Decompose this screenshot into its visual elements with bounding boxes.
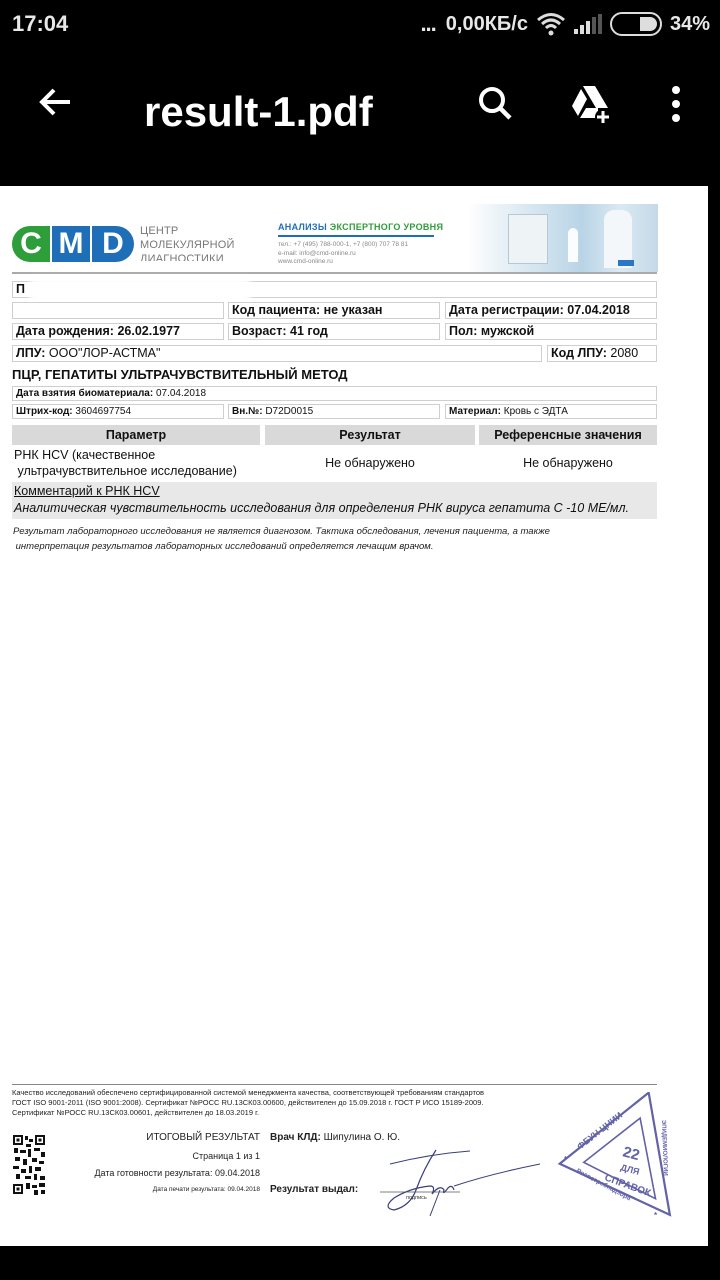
- status-icons: ... 0,00КБ/с 34%: [420, 11, 710, 37]
- cell-signal-icon: [574, 14, 602, 34]
- barcode-field: Штрих-код: 3604697754: [12, 404, 224, 419]
- pdf-page[interactable]: C M D ЦЕНТР МОЛЕКУЛЯРНОЙ ДИАГНОСТИКИ АНА…: [0, 186, 708, 1246]
- final-result-label: ИТОГОВЫЙ РЕЗУЛЬТАТ: [146, 1132, 260, 1143]
- comment-block: Комментарий к РНК HCV Аналитическая чувс…: [12, 482, 657, 519]
- more-vert-icon[interactable]: [652, 80, 700, 128]
- contacts: тел.: +7 (495) 788-000-1, +7 (800) 707 7…: [278, 241, 408, 267]
- column-header-result: Результат: [265, 425, 475, 445]
- signature: подпись: [370, 1146, 550, 1216]
- lpu-field: ЛПУ: ООО"ЛОР-АСТМА": [12, 345, 542, 362]
- sample-date-field: Дата взятия биоматериала: 07.04.2018: [12, 386, 657, 401]
- svg-text:ДЛЯ: ДЛЯ: [619, 1162, 640, 1177]
- clock: 17:04: [12, 11, 68, 37]
- cmd-logo: C M D: [12, 226, 136, 262]
- patient-extra-field: [12, 302, 224, 319]
- reference-cell: Не обнаружено: [479, 456, 657, 470]
- column-header-reference: Референсные значения: [479, 425, 657, 445]
- app-bar: result-1.pdf: [0, 50, 720, 180]
- stamp: ФБУН ЦНИИ ЭПИДЕМИОЛОГИИ Роспотребнадзора…: [550, 1092, 680, 1232]
- doctor: Врач КЛД: Шипулина О. Ю.: [270, 1132, 400, 1143]
- quality-statement: Качество исследований обеспечено сертифи…: [12, 1088, 484, 1118]
- internal-number-field: Вн.№: D72D0015: [228, 404, 440, 419]
- wifi-icon: [536, 12, 566, 36]
- more-notifications-icon: ...: [420, 11, 435, 37]
- section-title: ПЦР, ГЕПАТИТЫ УЛЬТРАЧУВСТВИТЕЛЬНЫЙ МЕТОД: [12, 367, 348, 382]
- svg-text:ФБУН ЦНИИ: ФБУН ЦНИИ: [575, 1110, 624, 1151]
- print-date: Дата печати результата: 09.04.2018: [153, 1186, 260, 1193]
- birth-date-field: Дата рождения: 26.02.1977: [12, 323, 224, 340]
- document-title: result-1.pdf: [144, 88, 373, 136]
- column-header-parameter: Параметр: [12, 425, 260, 445]
- qr-code: [12, 1134, 46, 1196]
- material-field: Материал: Кровь с ЭДТА: [445, 404, 657, 419]
- battery-percent: 34%: [670, 13, 710, 36]
- search-icon[interactable]: [472, 80, 520, 128]
- comment-text: Аналитическая чувствительность исследова…: [14, 500, 657, 517]
- battery-icon: [610, 12, 662, 36]
- header-divider: [12, 272, 657, 274]
- drive-add-icon[interactable]: [566, 80, 614, 128]
- slogan-underline: [278, 235, 434, 237]
- ready-date: Дата готовности результата: 09.04.2018: [94, 1168, 260, 1178]
- patient-code-field: Код пациента: не указан: [228, 302, 440, 319]
- network-speed: 0,00КБ/с: [446, 13, 528, 36]
- arrow-back-icon[interactable]: [32, 78, 80, 126]
- disclaimer: Результат лабораторного исследования не …: [13, 524, 550, 554]
- lpu-code-field: Код ЛПУ: 2080: [547, 345, 657, 362]
- lab-photo: [468, 204, 658, 272]
- issued-by: Результат выдал:: [270, 1184, 358, 1195]
- logo-text: ЦЕНТР МОЛЕКУЛЯРНОЙ ДИАГНОСТИКИ: [140, 224, 235, 261]
- footer-divider: [12, 1084, 657, 1085]
- page-info: Страница 1 из 1: [193, 1151, 260, 1161]
- comment-title: Комментарий к РНК HCV: [14, 482, 657, 500]
- status-bar: 17:04 ... 0,00КБ/с 34%: [0, 0, 720, 50]
- svg-text:22: 22: [621, 1143, 642, 1164]
- svg-text:подпись: подпись: [406, 1195, 427, 1201]
- sex-field: Пол: мужской: [445, 323, 657, 340]
- svg-text:*: *: [654, 1211, 658, 1220]
- age-field: Возраст: 41 год: [228, 323, 440, 340]
- table-row: РНК HCV (качественное ультрачувствительн…: [14, 447, 264, 479]
- registration-date-field: Дата регистрации: 07.04.2018: [445, 302, 657, 319]
- result-cell: Не обнаружено: [265, 456, 475, 470]
- slogan: АНАЛИЗЫ ЭКСПЕРТНОГО УРОВНЯ: [278, 222, 443, 232]
